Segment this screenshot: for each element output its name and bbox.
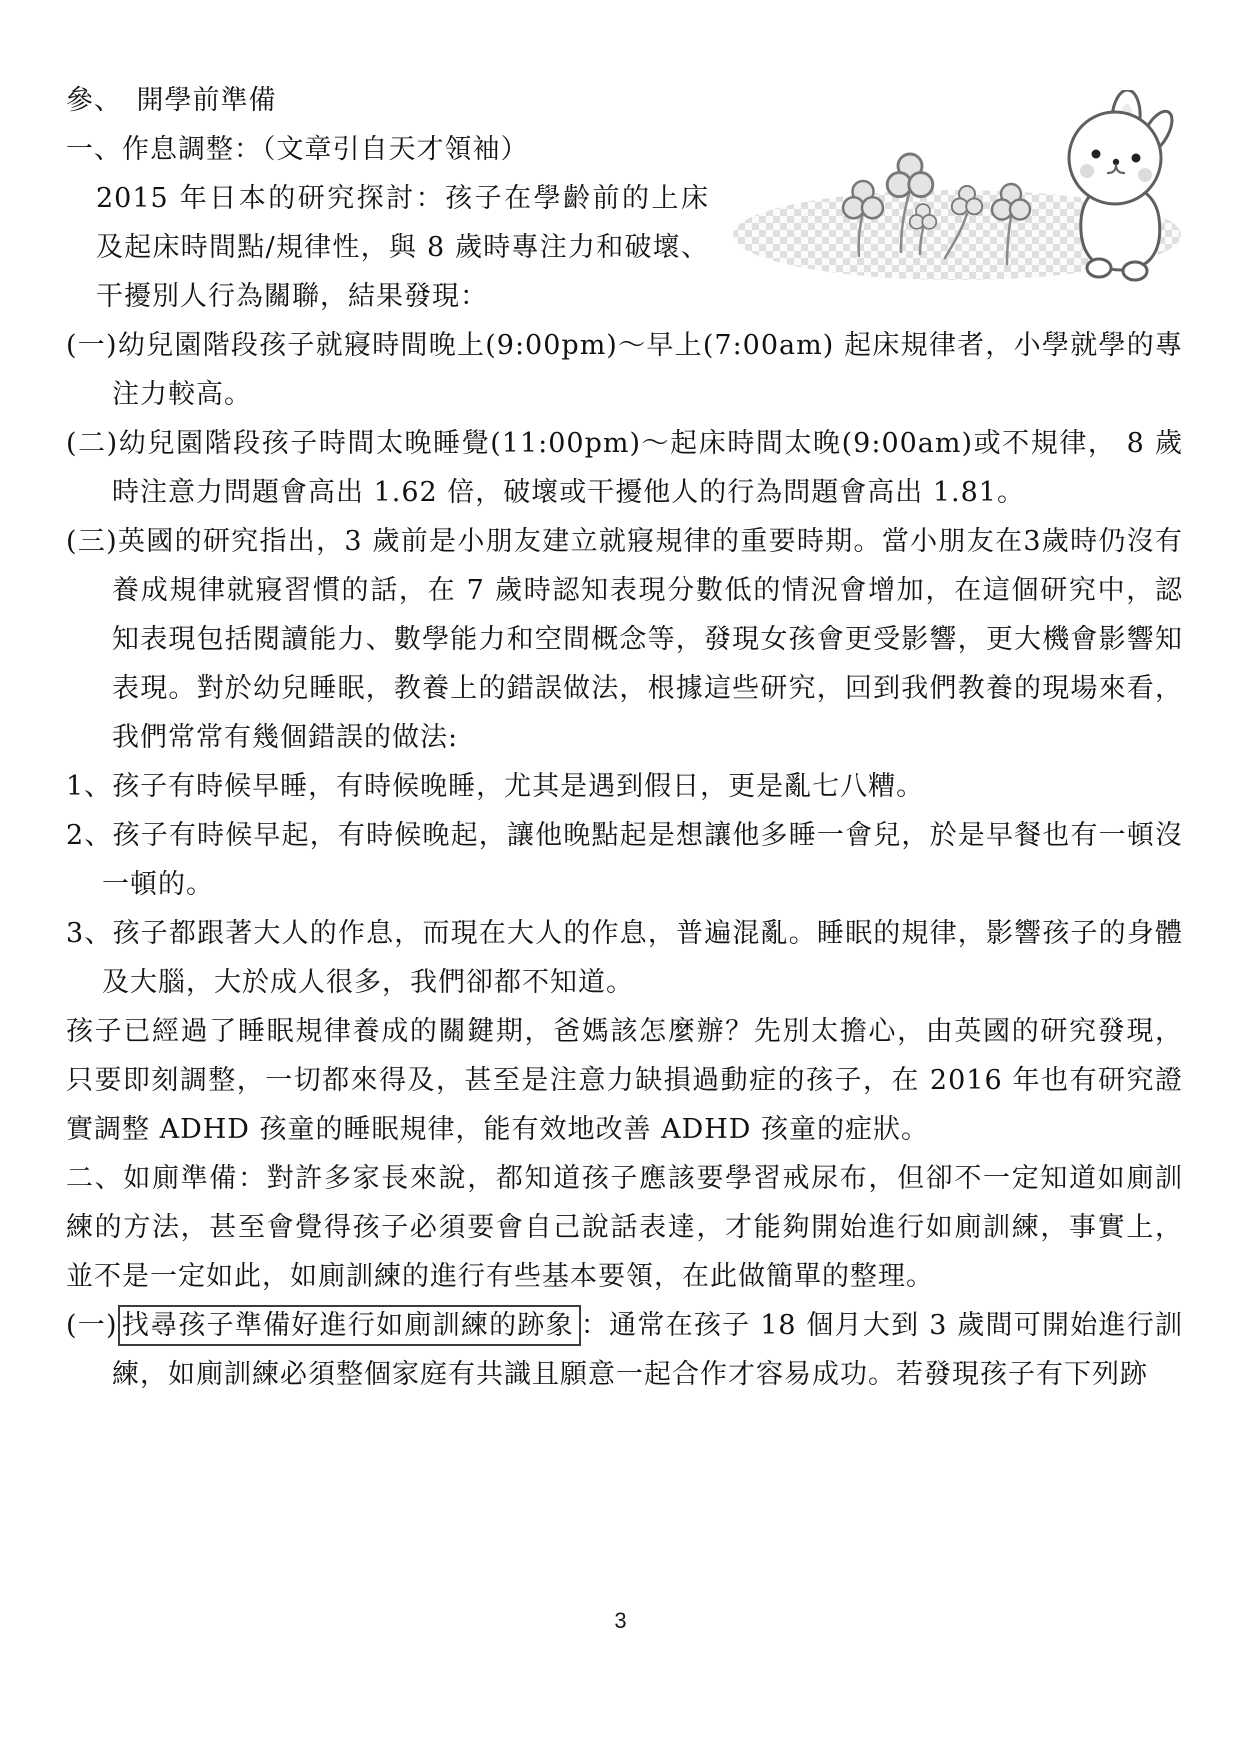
paragraph-s1-item-1: (一)幼兒園階段孩子就寢時間晚上(9:00pm)～早上(7:00am) 起床規律… xyxy=(66,321,1183,419)
mistake-text: 孩子都跟著大人的作息，而現在大人的作息，普遍混亂。睡眠的規律，影響孩子的身體及大… xyxy=(102,918,1183,998)
page-number: 3 xyxy=(0,1608,1241,1634)
paragraph-mistake-2: 2、孩子有時候早起，有時候晚起，讓他晚點起是想讓他多睡一會兒，於是早餐也有一頓沒… xyxy=(66,811,1183,909)
paragraph-s1-closing: 孩子已經過了睡眠規律養成的關鍵期，爸媽該怎麼辦？先別太擔心，由英國的研究發現，只… xyxy=(66,1007,1183,1154)
paragraph-s1-item-2: (二)幼兒園階段孩子時間太晚睡覺(11:00pm)～起床時間太晚(9:00am)… xyxy=(66,419,1183,517)
rabbit-clover-icon xyxy=(731,90,1183,282)
paragraph-mistake-1: 1、孩子有時候早睡，有時候晚睡，尤其是遇到假日，更是亂七八糟。 xyxy=(66,762,1183,811)
item-label: (一) xyxy=(66,330,118,361)
mistake-text: 孩子有時候早睡，有時候晚睡，尤其是遇到假日，更是亂七八糟。 xyxy=(112,771,924,802)
mistake-text: 孩子有時候早起，有時候晚起，讓他晚點起是想讓他多睡一會兒，於是早餐也有一頓沒一頓… xyxy=(102,820,1183,900)
item-label: (三) xyxy=(66,526,118,557)
item-label: (一) xyxy=(66,1310,118,1341)
boxed-phrase: 找尋孩子準備好進行如廁訓練的跡象 xyxy=(118,1305,581,1346)
mistake-label: 2、 xyxy=(66,820,113,851)
item-text: 幼兒園階段孩子時間太晚睡覺(11:00pm)～起床時間太晚(9:00am)或不規… xyxy=(112,428,1183,508)
rabbit-clover-illustration xyxy=(731,90,1183,282)
mistake-label: 1、 xyxy=(66,771,112,802)
paragraph-s1-item-3: (三)英國的研究指出，3 歲前是小朋友建立就寢規律的重要時期。當小朋友在3歲時仍… xyxy=(66,517,1183,762)
document-body: 參、 開學前準備 一、作息調整：（文章引自天才領袖） 2015 年日本的研究探討… xyxy=(0,0,1241,1399)
item-text: 幼兒園階段孩子就寢時間晚上(9:00pm)～早上(7:00am) 起床規律者，小… xyxy=(112,330,1183,410)
item-text: 英國的研究指出，3 歲前是小朋友建立就寢規律的重要時期。當小朋友在3歲時仍沒有養… xyxy=(112,526,1183,753)
paragraph-s2-item-1: (一)找尋孩子準備好進行如廁訓練的跡象：通常在孩子 18 個月大到 3 歲間可開… xyxy=(66,1301,1183,1399)
mistake-label: 3、 xyxy=(66,918,113,949)
paragraph-mistake-3: 3、孩子都跟著大人的作息，而現在大人的作息，普遍混亂。睡眠的規律，影響孩子的身體… xyxy=(66,909,1183,1007)
item-label: (二) xyxy=(66,428,118,459)
paragraph-s2-intro: 二、如廁準備：對許多家長來說，都知道孩子應該要學習戒尿布，但卻不一定知道如廁訓練… xyxy=(66,1154,1183,1301)
document-page: 參、 開學前準備 一、作息調整：（文章引自天才領袖） 2015 年日本的研究探討… xyxy=(0,0,1241,1755)
